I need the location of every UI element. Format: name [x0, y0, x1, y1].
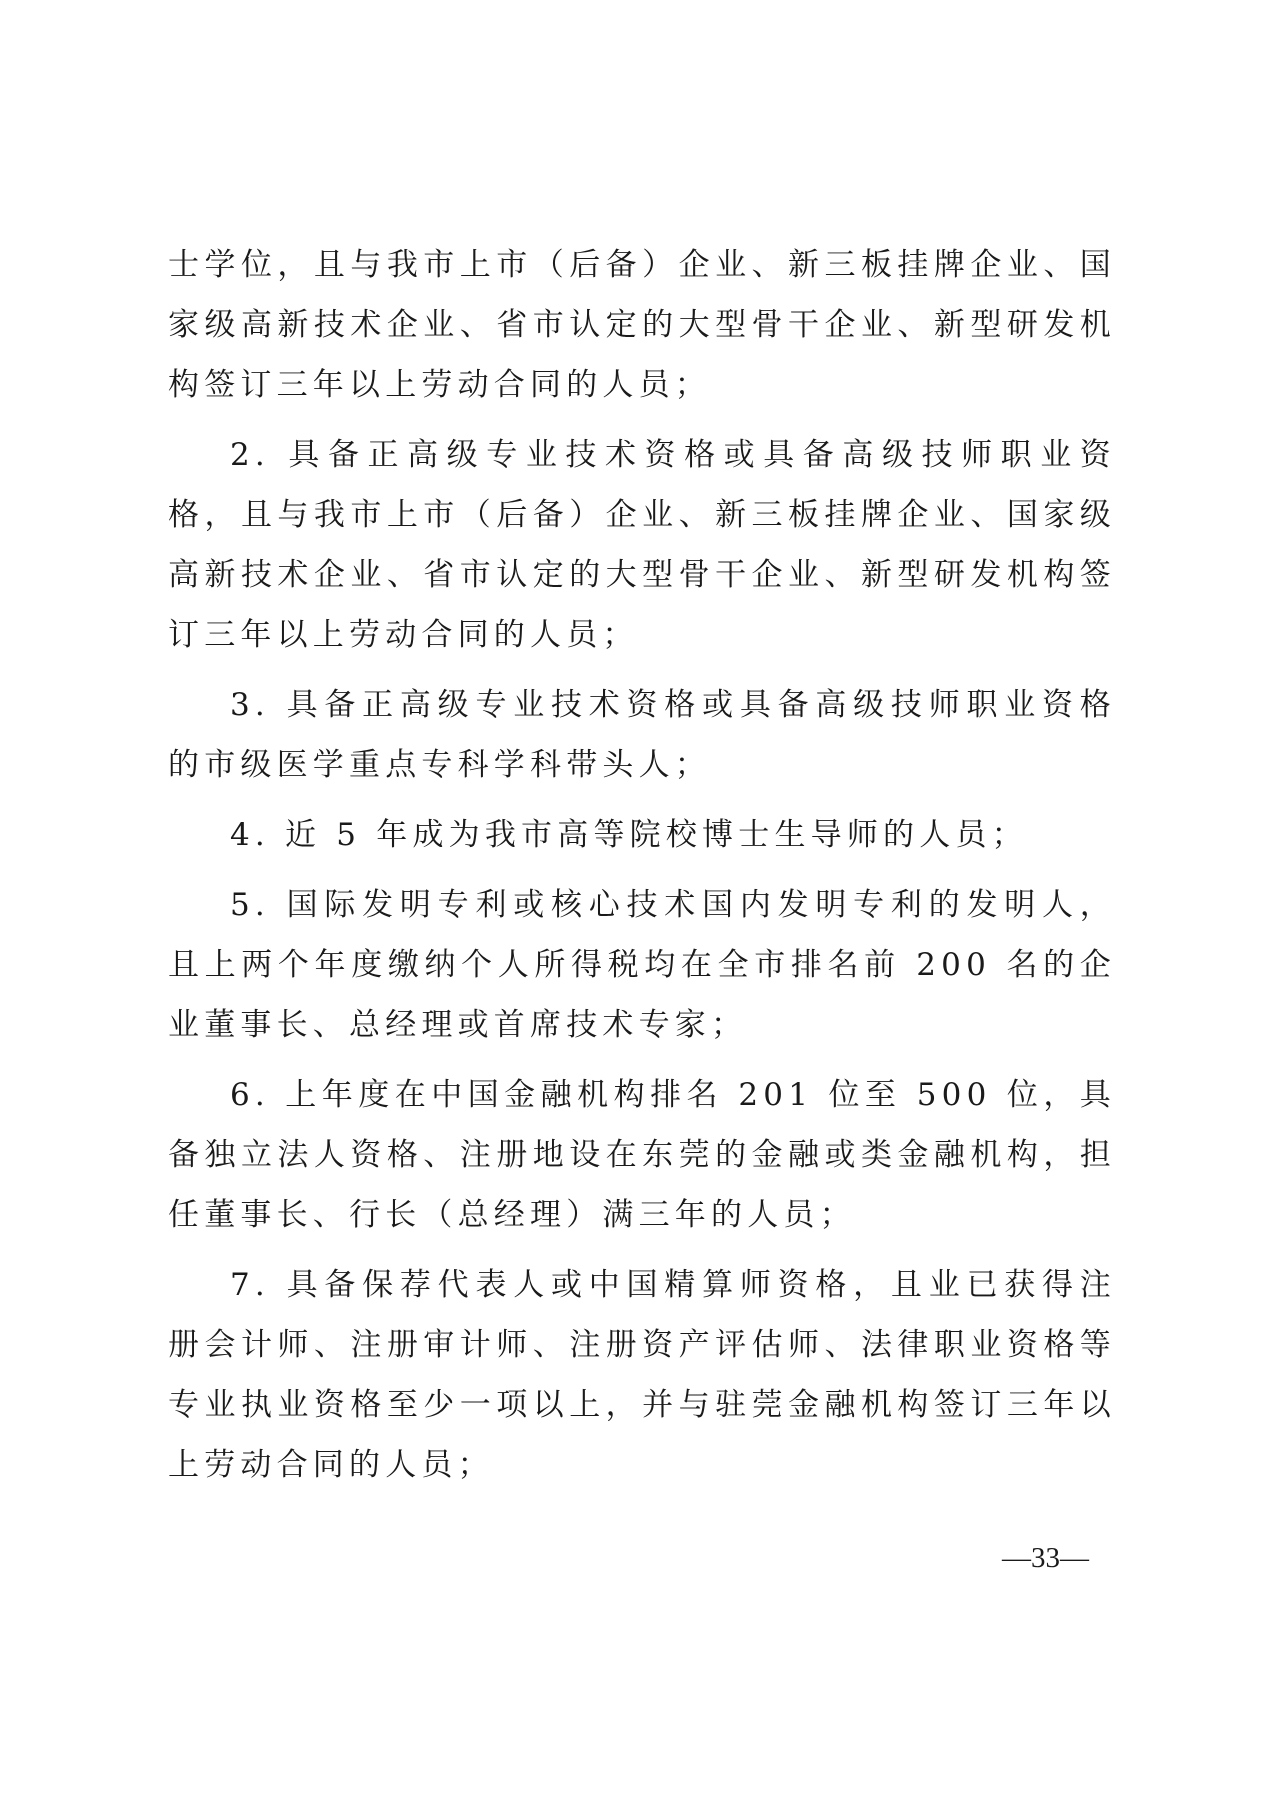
paragraph-continuation: 士学位，且与我市上市（后备）企业、新三板挂牌企业、国家级高新技术企业、省市认定的…: [168, 235, 1116, 415]
list-item-5: 5. 国际发明专利或核心技术国内发明专利的发明人，且上两个年度缴纳个人所得税均在…: [168, 875, 1116, 1055]
list-item-2: 2. 具备正高级专业技术资格或具备高级技师职业资格，且与我市上市（后备）企业、新…: [168, 425, 1116, 665]
list-item-6: 6. 上年度在中国金融机构排名 201 位至 500 位，具备独立法人资格、注册…: [168, 1065, 1116, 1245]
list-item-7: 7. 具备保荐代表人或中国精算师资格，且业已获得注册会计师、注册审计师、注册资产…: [168, 1255, 1116, 1495]
document-page: 士学位，且与我市上市（后备）企业、新三板挂牌企业、国家级高新技术企业、省市认定的…: [168, 235, 1116, 1505]
page-number: —33—: [1002, 1542, 1089, 1575]
list-item-3: 3. 具备正高级专业技术资格或具备高级技师职业资格的市级医学重点专科学科带头人；: [168, 675, 1116, 795]
list-item-4: 4. 近 5 年成为我市高等院校博士生导师的人员；: [168, 805, 1116, 865]
